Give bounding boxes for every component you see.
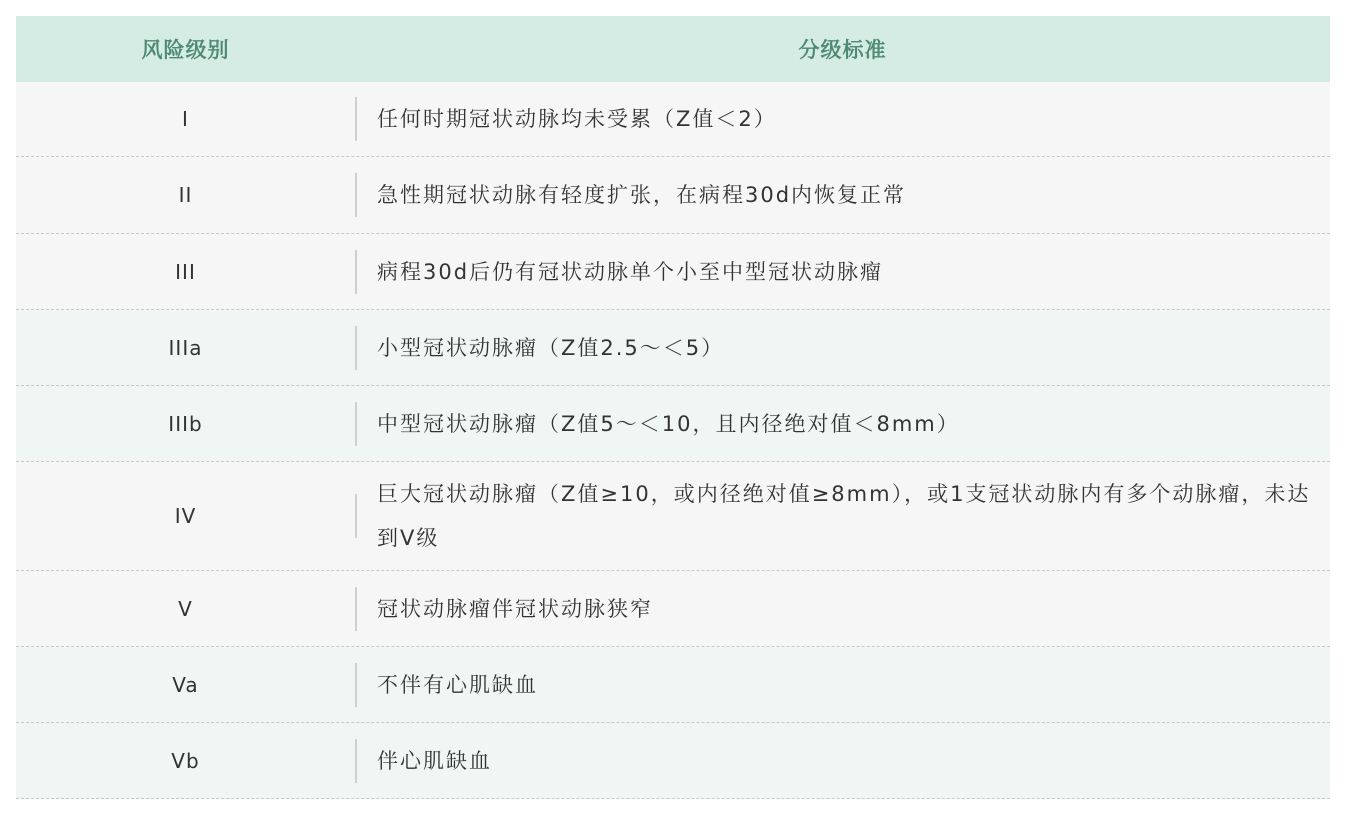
header-risk-level: 风险级别 xyxy=(16,34,355,64)
table-row: III 病程30d后仍有冠状动脉单个小至中型冠状动脉瘤 xyxy=(16,234,1330,310)
table-row: IIIa 小型冠状动脉瘤（Z值2.5～＜5） xyxy=(16,310,1330,386)
risk-level-cell: IV xyxy=(16,504,355,528)
criteria-cell: 中型冠状动脉瘤（Z值5～＜10，且内径绝对值＜8mm） xyxy=(357,402,1330,446)
table-row: IV 巨大冠状动脉瘤（Z值≥10，或内径绝对值≥8mm），或1支冠状动脉内有多个… xyxy=(16,462,1330,571)
risk-level-cell: II xyxy=(16,183,355,207)
header-grading-criteria: 分级标准 xyxy=(355,34,1330,64)
risk-level-cell: Va xyxy=(16,673,355,697)
table-header: 风险级别 分级标准 xyxy=(16,16,1330,82)
table-row: V 冠状动脉瘤伴冠状动脉狭窄 xyxy=(16,571,1330,647)
table-row: Vb 伴心肌缺血 xyxy=(16,723,1330,799)
criteria-cell: 巨大冠状动脉瘤（Z值≥10，或内径绝对值≥8mm），或1支冠状动脉内有多个动脉瘤… xyxy=(357,472,1330,560)
risk-level-cell: III xyxy=(16,260,355,284)
risk-level-cell: IIIb xyxy=(16,412,355,436)
criteria-cell: 小型冠状动脉瘤（Z值2.5～＜5） xyxy=(357,326,1330,370)
risk-level-cell: IIIa xyxy=(16,336,355,360)
risk-level-cell: I xyxy=(16,107,355,131)
table-row: IIIb 中型冠状动脉瘤（Z值5～＜10，且内径绝对值＜8mm） xyxy=(16,386,1330,462)
risk-level-cell: V xyxy=(16,597,355,621)
criteria-cell: 任何时期冠状动脉均未受累（Z值＜2） xyxy=(357,97,1330,141)
risk-level-cell: Vb xyxy=(16,749,355,773)
table-row: II 急性期冠状动脉有轻度扩张，在病程30d内恢复正常 xyxy=(16,157,1330,234)
criteria-cell: 病程30d后仍有冠状动脉单个小至中型冠状动脉瘤 xyxy=(357,250,1330,294)
criteria-cell: 冠状动脉瘤伴冠状动脉狭窄 xyxy=(357,587,1330,631)
table-row: Va 不伴有心肌缺血 xyxy=(16,647,1330,723)
criteria-cell: 急性期冠状动脉有轻度扩张，在病程30d内恢复正常 xyxy=(357,173,1330,217)
criteria-cell: 不伴有心肌缺血 xyxy=(357,663,1330,707)
criteria-cell: 伴心肌缺血 xyxy=(357,739,1330,783)
risk-grading-table: 风险级别 分级标准 I 任何时期冠状动脉均未受累（Z值＜2） II 急性期冠状动… xyxy=(16,16,1330,799)
table-row: I 任何时期冠状动脉均未受累（Z值＜2） xyxy=(16,82,1330,157)
